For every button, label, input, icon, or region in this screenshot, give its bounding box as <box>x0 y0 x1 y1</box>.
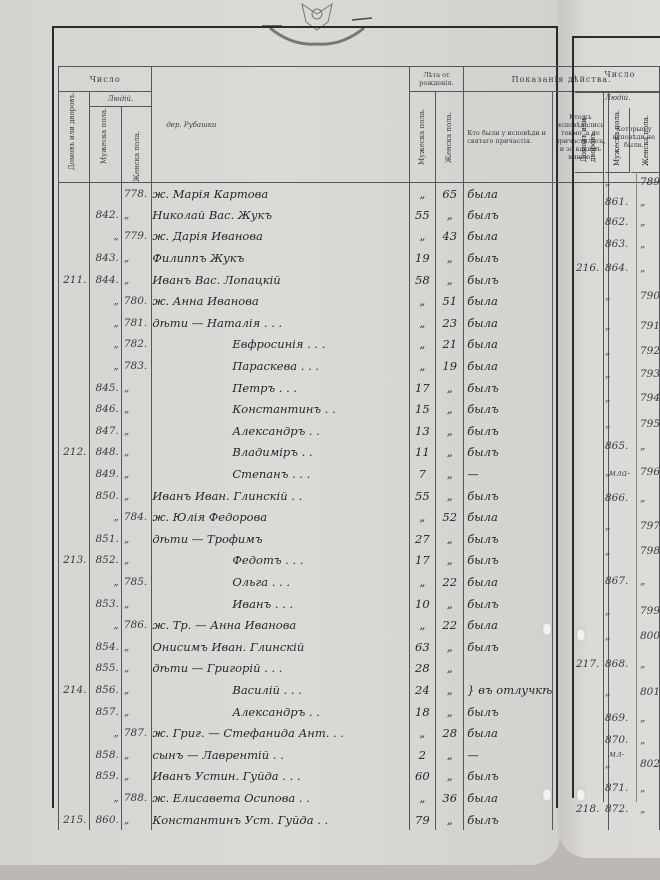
household-number <box>59 334 90 356</box>
person-name: ж. Марія Картова <box>152 183 409 205</box>
age-male: 2 <box>409 744 436 766</box>
age-male: „ <box>409 787 436 809</box>
right-page-household-number: 216. <box>576 262 599 274</box>
register-row: „782.Евфросинія . . .„21была <box>59 334 660 356</box>
female-number: „ <box>121 420 152 442</box>
right-page-female-number: 789 <box>640 176 660 188</box>
confession-status: былъ <box>464 485 553 507</box>
person-name: ж. Елисавета Осипова . . <box>152 787 409 809</box>
age-female: „ <box>436 485 464 507</box>
age-female: „ <box>436 593 464 615</box>
age-female: „ <box>436 766 464 788</box>
right-header-female: Женска пола. <box>642 108 651 166</box>
male-number: 845. <box>89 377 121 399</box>
right-header-male: Мужеска пола. <box>613 108 622 166</box>
male-number: 854. <box>89 636 121 658</box>
female-number: „ <box>121 463 152 485</box>
household-number: 212. <box>59 442 90 464</box>
female-number: „ <box>121 377 152 399</box>
household-number <box>59 593 90 615</box>
right-page-female-number: 802. <box>640 758 660 770</box>
header-confessed: Кто были у исповѣди и святаго причастія. <box>464 92 553 183</box>
female-number: „ <box>121 766 152 788</box>
household-number <box>59 701 90 723</box>
male-number: „ <box>89 226 121 248</box>
age-female: 36 <box>436 787 464 809</box>
male-number: 850. <box>89 485 121 507</box>
register-row: „784.ж. Юлія Федорова„52была <box>59 506 660 528</box>
header-age: Лѣта от рожденія. <box>409 67 464 92</box>
right-page-female-number: „ <box>640 440 645 452</box>
right-page-female-number: 790. <box>640 290 660 302</box>
age-female: „ <box>436 377 464 399</box>
right-page-female-number: „ <box>640 238 645 250</box>
register-row: 843.„Филиппъ Жукъ19„былъ <box>59 247 660 269</box>
age-male: 55 <box>409 204 436 226</box>
right-page-male-number: „ <box>605 758 610 770</box>
male-number: 859. <box>89 766 121 788</box>
male-number: „ <box>89 571 121 593</box>
confession-status: былъ <box>464 377 553 399</box>
right-page-household-number: 218. <box>576 803 599 815</box>
right-page-female-number: „ <box>640 196 645 208</box>
female-number: 787. <box>121 722 152 744</box>
register-row: 854.„Онисимъ Иван. Глинскій63„былъ <box>59 636 660 658</box>
right-page-male-number: „ <box>605 520 610 532</box>
village-heading: дер. Рубашки <box>152 67 409 183</box>
household-number <box>59 183 90 205</box>
person-name: Иванъ . . . <box>152 593 409 615</box>
male-number: 844. <box>89 269 121 291</box>
confession-status: былъ <box>464 398 553 420</box>
right-page-female-number: „ <box>640 782 645 794</box>
female-number: „ <box>121 550 152 572</box>
female-number: 788. <box>121 787 152 809</box>
female-number: 783. <box>121 355 152 377</box>
household-number <box>59 398 90 420</box>
right-page-female-number: 796. <box>640 466 660 478</box>
right-page-male-number: „ <box>605 686 610 698</box>
person-name: Ольга . . . <box>152 571 409 593</box>
age-female: 43 <box>436 226 464 248</box>
header-female: Женска пола. <box>133 108 142 182</box>
male-number: 842. <box>89 204 121 226</box>
register-row: 212.848.„Владиміръ . .11„былъ <box>59 442 660 464</box>
confession-status: былъ <box>464 636 553 658</box>
right-page-male-number: 868. <box>605 658 628 670</box>
register-row: 850.„Иванъ Иван. Глинскій . .55„былъ <box>59 485 660 507</box>
right-page-female-number: „ <box>640 492 645 504</box>
person-name: ж. Дарія Иванова <box>152 226 409 248</box>
confession-status: былъ <box>464 550 553 572</box>
right-page-male-number: „ <box>605 545 610 557</box>
household-number <box>59 528 90 550</box>
right-page-female-number: „ <box>640 575 645 587</box>
confession-status: была <box>464 183 553 205</box>
male-number: 847. <box>89 420 121 442</box>
right-col-divider <box>603 172 604 802</box>
right-page-male-number: „ <box>605 320 610 332</box>
right-page-female-number: 800. <box>640 630 660 642</box>
person-name: Параскева . . . <box>152 355 409 377</box>
female-number: „ <box>121 744 152 766</box>
age-male: 11 <box>409 442 436 464</box>
confession-status: — <box>464 463 553 485</box>
confession-status: былъ <box>464 204 553 226</box>
register-row: „785.Ольга . . .„22была <box>59 571 660 593</box>
right-col-divider <box>636 172 637 802</box>
confession-status: } въ отлучкѣ <box>464 679 553 701</box>
confession-status: былъ <box>464 809 553 831</box>
register-row: 215.860.„Константинъ Уст. Гуйда . .79„бы… <box>59 809 660 831</box>
header-people: Людій. <box>89 92 152 107</box>
female-number: „ <box>121 809 152 831</box>
right-page-male-number: 861. <box>605 196 628 208</box>
female-number: 784. <box>121 506 152 528</box>
header-age-male: Мужеска пола. <box>418 92 427 182</box>
right-page-male-number: „ <box>605 368 610 380</box>
confession-status: былъ <box>464 269 553 291</box>
right-header-count: Число <box>575 70 660 93</box>
right-page-female-number: 799. <box>640 605 660 617</box>
male-number: 856. <box>89 679 121 701</box>
age-male: 10 <box>409 593 436 615</box>
register-row: „787.ж. Григ. — Стефанида Ант. . .„28был… <box>59 722 660 744</box>
age-female: „ <box>436 528 464 550</box>
right-page-male-number: 865. <box>605 440 628 452</box>
binding-hole <box>542 788 552 802</box>
age-male: 24 <box>409 679 436 701</box>
male-number: 849. <box>89 463 121 485</box>
age-male: „ <box>409 355 436 377</box>
age-male: 27 <box>409 528 436 550</box>
confession-status: былъ <box>464 593 553 615</box>
confession-status: была <box>464 506 553 528</box>
confession-status: была <box>464 334 553 356</box>
female-number: „ <box>121 398 152 420</box>
age-female: „ <box>436 204 464 226</box>
register-row: 845.„Петръ . . .17„былъ <box>59 377 660 399</box>
household-number <box>59 485 90 507</box>
age-male: „ <box>409 614 436 636</box>
male-number: „ <box>89 312 121 334</box>
right-page-male-number: „ <box>605 605 610 617</box>
confession-status: была <box>464 355 553 377</box>
female-number: 779. <box>121 226 152 248</box>
person-name: ж. Юлія Федорова <box>152 506 409 528</box>
right-page-male-number: 871. <box>605 782 628 794</box>
right-header-people: Людій. <box>605 94 630 102</box>
binding-hole <box>542 622 552 636</box>
right-page-female-number: 793. <box>640 368 660 380</box>
register-table: Число дер. Рубашки Лѣта от рожденія. Пок… <box>58 66 660 830</box>
age-male: „ <box>409 334 436 356</box>
male-number: „ <box>89 355 121 377</box>
female-number: „ <box>121 679 152 701</box>
male-number: „ <box>89 290 121 312</box>
register-row: „780.ж. Анна Иванова„51была <box>59 290 660 312</box>
register-row: 853.„Иванъ . . .10„былъ <box>59 593 660 615</box>
right-page-female-number: 798. <box>640 545 660 557</box>
household-number <box>59 463 90 485</box>
right-page-male-number: „ <box>605 466 610 478</box>
confession-status: былъ <box>464 528 553 550</box>
right-page-male-number: 863. <box>605 238 628 250</box>
age-male: 60 <box>409 766 436 788</box>
age-female: „ <box>436 679 464 701</box>
age-male: 17 <box>409 377 436 399</box>
binding-hole <box>576 788 586 802</box>
right-header-households: Домовъ или дворовъ. <box>580 92 598 162</box>
confession-status: была <box>464 614 553 636</box>
register-row: „779.ж. Дарія Иванова„43была <box>59 226 660 248</box>
confession-status: былъ <box>464 420 553 442</box>
age-female: „ <box>436 463 464 485</box>
age-male: 17 <box>409 550 436 572</box>
person-name: Иванъ Вас. Лопацкій <box>152 269 409 291</box>
person-name: дѣти — Григорій . . . <box>152 658 409 680</box>
confession-status: была <box>464 312 553 334</box>
male-number: „ <box>89 787 121 809</box>
header-count: Число <box>59 67 152 92</box>
age-female: „ <box>436 442 464 464</box>
household-number <box>59 204 90 226</box>
male-number: 860. <box>89 809 121 831</box>
person-name: Иванъ Устин. Гуйда . . . <box>152 766 409 788</box>
register-row: 211.844.„Иванъ Вас. Лопацкій58„былъ <box>59 269 660 291</box>
person-name: Федотъ . . . <box>152 550 409 572</box>
age-female: 22 <box>436 571 464 593</box>
age-female: 52 <box>436 506 464 528</box>
male-number: „ <box>89 506 121 528</box>
age-male: 15 <box>409 398 436 420</box>
register-row: 849.„Степанъ . . .7„—мла- <box>59 463 660 485</box>
right-page-female-number: 795. <box>640 418 660 430</box>
right-page-female-number: „ <box>640 216 645 228</box>
person-name: Петръ . . . <box>152 377 409 399</box>
person-name: Владиміръ . . <box>152 442 409 464</box>
age-male: 13 <box>409 420 436 442</box>
female-number: „ <box>121 247 152 269</box>
person-name: Онисимъ Иван. Глинскій <box>152 636 409 658</box>
age-female: 51 <box>436 290 464 312</box>
age-male: „ <box>409 290 436 312</box>
confession-status: была <box>464 722 553 744</box>
right-page-male-number: „ <box>605 345 610 357</box>
household-number <box>59 614 90 636</box>
male-number: 843. <box>89 247 121 269</box>
confession-status: былъ <box>464 247 553 269</box>
register-row: 214.856.„Василій . . .24„} въ отлучкѣ <box>59 679 660 701</box>
register-row: 842.„Николай Вас. Жукъ55„былъ <box>59 204 660 226</box>
male-number: 846. <box>89 398 121 420</box>
confession-status: была <box>464 226 553 248</box>
register-row: „783.Параскева . . .„19была <box>59 355 660 377</box>
right-page-male-number: „ <box>605 630 610 642</box>
household-number <box>59 722 90 744</box>
register-row: 846.„Константинъ . .15„былъ <box>59 398 660 420</box>
register-row: 859.„Иванъ Устин. Гуйда . . .60„былъ <box>59 766 660 788</box>
age-female: „ <box>436 636 464 658</box>
person-name: ж. Григ. — Стефанида Ант. . . <box>152 722 409 744</box>
male-number: 852. <box>89 550 121 572</box>
female-number: 780. <box>121 290 152 312</box>
age-male: „ <box>409 312 436 334</box>
right-page-female-number: „ <box>640 803 645 815</box>
right-page-female-number: 801. <box>640 686 660 698</box>
age-female: „ <box>436 744 464 766</box>
register-row: 851.„дѣти — Трофимъ27„былъ <box>59 528 660 550</box>
register-row: „788.ж. Елисавета Осипова . .„36была <box>59 787 660 809</box>
right-page-male-number: „ <box>605 392 610 404</box>
age-female: 21 <box>436 334 464 356</box>
register-row: 858.„сынъ — Лаврентій . .2„—мл- <box>59 744 660 766</box>
age-male: „ <box>409 571 436 593</box>
household-number <box>59 658 90 680</box>
male-number: 848. <box>89 442 121 464</box>
age-male: „ <box>409 722 436 744</box>
age-female: 22 <box>436 614 464 636</box>
register-row: 857.„Александръ . .18„былъ <box>59 701 660 723</box>
age-female: „ <box>436 809 464 831</box>
age-female: 19 <box>436 355 464 377</box>
male-number: „ <box>89 722 121 744</box>
register-row: 855.„дѣти — Григорій . . .28„ <box>59 658 660 680</box>
register-row: 847.„Александръ . .13„былъ <box>59 420 660 442</box>
age-male: 28 <box>409 658 436 680</box>
age-male: „ <box>409 226 436 248</box>
household-number <box>59 571 90 593</box>
person-name: Константинъ . . <box>152 398 409 420</box>
person-name: ж. Тр. — Анна Иванова <box>152 614 409 636</box>
right-page-female-number: 794. <box>640 392 660 404</box>
age-female: „ <box>436 247 464 269</box>
household-number <box>59 226 90 248</box>
age-male: 19 <box>409 247 436 269</box>
female-number: 778. <box>121 183 152 205</box>
female-number: 782. <box>121 334 152 356</box>
household-number <box>59 420 90 442</box>
right-page-male-number: 864. <box>605 262 628 274</box>
female-number: 786. <box>121 614 152 636</box>
right-page-male-number: „ <box>605 290 610 302</box>
confession-status: былъ <box>464 701 553 723</box>
confession-status: была <box>464 571 553 593</box>
person-name: Александръ . . <box>152 701 409 723</box>
age-male: 79 <box>409 809 436 831</box>
confession-status: — <box>464 744 553 766</box>
female-number: 785. <box>121 571 152 593</box>
right-page-female-number: „ <box>640 262 645 274</box>
household-number: 213. <box>59 550 90 572</box>
age-female: 28 <box>436 722 464 744</box>
age-female: „ <box>436 420 464 442</box>
binding-hole <box>576 628 586 642</box>
household-number <box>59 766 90 788</box>
person-name: Степанъ . . . <box>152 463 409 485</box>
right-page-female-number: „ <box>640 658 645 670</box>
household-number <box>59 744 90 766</box>
age-male: 7 <box>409 463 436 485</box>
household-number <box>59 377 90 399</box>
male-number: „ <box>89 334 121 356</box>
confession-status: была <box>464 787 553 809</box>
age-female: „ <box>436 398 464 420</box>
age-male: 55 <box>409 485 436 507</box>
header-male: Мужеска пола. <box>100 108 109 182</box>
person-name: Иванъ Иван. Глинскій . . <box>152 485 409 507</box>
age-female: „ <box>436 658 464 680</box>
right-page-female-number: 792. <box>640 345 660 357</box>
right-page-male-number: 870. <box>605 734 628 746</box>
age-male: 63 <box>409 636 436 658</box>
female-number: „ <box>121 442 152 464</box>
female-number: „ <box>121 485 152 507</box>
confession-status: была <box>464 290 553 312</box>
confession-status: былъ <box>464 442 553 464</box>
header-age-female: Женска пола. <box>445 92 454 182</box>
age-male: „ <box>409 183 436 205</box>
male-number: „ <box>89 614 121 636</box>
age-male: 18 <box>409 701 436 723</box>
female-number: „ <box>121 658 152 680</box>
age-female: 23 <box>436 312 464 334</box>
person-name: Филиппъ Жукъ <box>152 247 409 269</box>
male-number <box>89 183 121 205</box>
female-number: „ <box>121 636 152 658</box>
confession-status: былъ <box>464 766 553 788</box>
female-number: „ <box>121 593 152 615</box>
household-number <box>59 247 90 269</box>
right-page-male-number: „ <box>605 176 610 188</box>
female-number: „ <box>121 701 152 723</box>
person-name: Василій . . . <box>152 679 409 701</box>
person-name: ж. Анна Иванова <box>152 290 409 312</box>
age-female: „ <box>436 269 464 291</box>
household-number: 211. <box>59 269 90 291</box>
right-page-male-number: „ <box>605 418 610 430</box>
female-number: „ <box>121 528 152 550</box>
female-number: 781. <box>121 312 152 334</box>
female-number: „ <box>121 269 152 291</box>
household-number <box>59 312 90 334</box>
right-page-household-number: 217. <box>576 658 599 670</box>
male-number: 853. <box>89 593 121 615</box>
register-row: „781.дѣти — Наталія . . .„23была <box>59 312 660 334</box>
household-number <box>59 290 90 312</box>
right-page-female-number: 791. <box>640 320 660 332</box>
male-number: 857. <box>89 701 121 723</box>
male-number: 858. <box>89 744 121 766</box>
register-row: 213.852.„Федотъ . . .17„былъ <box>59 550 660 572</box>
age-female: „ <box>436 701 464 723</box>
right-page-male-number: 862. <box>605 216 628 228</box>
right-page-male-number: 866. <box>605 492 628 504</box>
person-name: Евфросинія . . . <box>152 334 409 356</box>
household-number <box>59 506 90 528</box>
age-female: 65 <box>436 183 464 205</box>
male-number: 855. <box>89 658 121 680</box>
person-name: Константинъ Уст. Гуйда . . <box>152 809 409 831</box>
household-number <box>59 787 90 809</box>
person-name: Николай Вас. Жукъ <box>152 204 409 226</box>
register-row: „786.ж. Тр. — Анна Иванова„22была <box>59 614 660 636</box>
person-name: дѣти — Трофимъ <box>152 528 409 550</box>
right-page-female-number: „ <box>640 712 645 724</box>
right-page-female-number: „ <box>640 734 645 746</box>
person-name: дѣти — Наталія . . . <box>152 312 409 334</box>
age-male: „ <box>409 506 436 528</box>
